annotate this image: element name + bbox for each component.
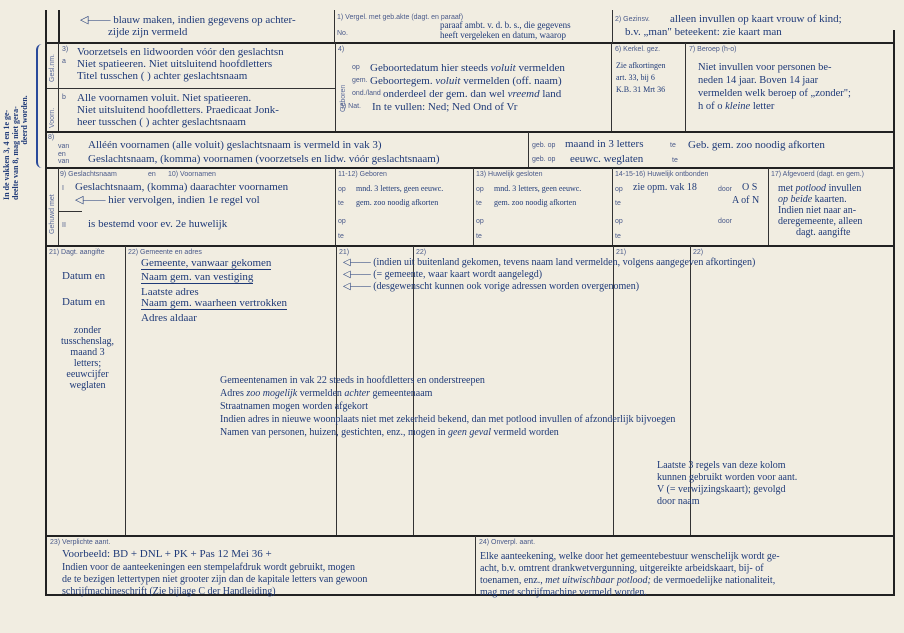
name-b-line2: Niet uitsluitend hoofdletters. Praedicaa…: [77, 104, 279, 116]
geb1112-l1: mnd. 3 letters, geen eeuwc.: [356, 183, 443, 194]
row8-te2: te: [672, 157, 678, 164]
kerk-line2: art. 33, bij 6: [616, 72, 655, 83]
label-gehuwd-met: Gehuwd met: [49, 194, 56, 234]
addr-line4: Naam gem. waarheen vertrokken: [141, 297, 287, 310]
t: kaarten.: [812, 194, 846, 205]
t: letters;: [50, 358, 125, 369]
huwgesl-op1: op: [476, 186, 484, 193]
huwontb-door1: door: [718, 186, 732, 193]
row8-geb-op2: geb. op: [532, 156, 555, 163]
divider: [335, 168, 336, 245]
t: eeuwcijfer: [50, 369, 125, 380]
blue-note: ◁—— blauw maken, indien gegevens op acht…: [80, 14, 296, 26]
verplicht-example: Voorbeeld: BD + DNL + PK + Pas 12 Mei 36…: [62, 548, 272, 560]
row8-geb-op1: geb. op: [532, 142, 555, 149]
divider: [612, 168, 613, 245]
t: voluit: [491, 62, 516, 74]
geb1112-te1: te: [338, 200, 344, 207]
verplicht-line2: de te bezigen lettertypen niet grooter z…: [62, 574, 367, 585]
kerk-line3: K.B. 31 Mrt 36: [616, 84, 665, 95]
huwgesl-op2: op: [476, 218, 484, 225]
t: zoo mogelijk: [246, 388, 297, 399]
note-line4: Indien adres in nieuwe woonplaats niet m…: [220, 414, 675, 425]
t: Geboortedatum hier steeds: [370, 62, 491, 74]
frame-right: [893, 30, 895, 595]
born-tag-nat: 5) Nat.: [340, 103, 361, 110]
married-label9: 9) Geslachtsnaam: [60, 171, 117, 178]
geb1112-label: 11-12) Geboren: [338, 171, 387, 178]
arrow-left-icon: ◁——: [80, 14, 110, 26]
t: met: [778, 183, 796, 194]
kerk-line1: Zie afkortingen: [616, 60, 666, 71]
t: door naam: [657, 496, 797, 508]
t: (desgewenscht kunnen ook vorige adressen…: [373, 281, 639, 292]
divider: [473, 168, 474, 245]
col22-a: 22): [416, 249, 426, 256]
beroep-line1: Niet invullen voor personen be-: [698, 62, 832, 74]
row8-line1: Alléén voornamen (alle voluit) geslachts…: [88, 139, 382, 151]
t: achter: [344, 388, 370, 399]
huwontb-op2: op: [615, 218, 623, 225]
married-i: I: [62, 185, 64, 192]
huwontb-door2: door: [718, 218, 732, 225]
verplicht-line3: schrijfmachineschrift (Zie bijlage C der…: [62, 586, 276, 597]
row8-van1: van: [58, 143, 69, 150]
huwgesl-te2: te: [476, 233, 482, 240]
t: voluit: [435, 75, 460, 87]
onverplicht-line3: toenamen, enz., met uitwischbaar potlood…: [480, 575, 775, 586]
t: tusschenslag,: [50, 336, 125, 347]
geb1112-op1: op: [338, 186, 346, 193]
t: (= gemeente, waar kaart wordt aangelegd): [373, 269, 542, 280]
t: Adres: [220, 388, 246, 399]
divider-row1: [45, 42, 895, 44]
box1-no: No.: [337, 30, 348, 37]
afgevoerd-l4: deregemeente, alleen: [778, 216, 862, 227]
t: op beide: [778, 194, 812, 205]
arrow-line3: ◁—— (desgewenscht kunnen ook vorige adre…: [343, 281, 639, 292]
divider: [475, 536, 476, 594]
divider: [611, 43, 612, 131]
afgevoerd-l3: Indien niet naar an-: [778, 205, 856, 216]
t: met uitwischbaar potlood;: [545, 575, 651, 586]
onverplicht-label: 24) Onverpl. aant.: [479, 539, 535, 546]
afgevoerd-l1: met potlood invullen: [778, 183, 861, 194]
divider: [58, 168, 59, 245]
name-b-line3: heer tusschen ( ) achter geslachtsnaam: [77, 116, 246, 128]
divider-row2: [45, 131, 895, 133]
t: Laatste 3 regels van deze kolom: [657, 460, 797, 472]
arrow-left-icon: ◁——: [343, 257, 371, 268]
label-a: a: [62, 58, 66, 65]
afgevoerd-label: 17) Afgevoerd (dagt. en gem.): [771, 171, 864, 178]
afgevoerd-l2: op beide kaarten.: [778, 194, 847, 205]
t: vermelden: [516, 62, 565, 74]
married-line3: is bestemd voor ev. 2e huwelijk: [88, 218, 227, 230]
t: de vermoedelijke nationaliteit,: [651, 575, 775, 586]
huwontb-te1: te: [615, 200, 621, 207]
beroep-line4: h of o kleine letter: [698, 101, 774, 113]
t: geen geval: [448, 427, 491, 438]
huwgesl-te1: te: [476, 200, 482, 207]
last-rules: Laatste 3 regels van deze kolom kunnen g…: [657, 460, 797, 508]
married-label10: 10) Voornamen: [168, 171, 216, 178]
name-a-line3: Titel tusschen ( ) achter geslachtsnaam: [77, 70, 247, 82]
divider: [528, 132, 529, 167]
addr-label21: 21) Dagt. aangifte: [49, 249, 105, 256]
born-line1: Geboortedatum hier steeds voluit vermeld…: [370, 62, 565, 74]
verplicht-line1: Indien voor de aanteekeningen een stempe…: [62, 562, 355, 573]
t: letter: [750, 101, 774, 112]
addr-label22: 22) Gemeente en adres: [128, 249, 202, 256]
onverplicht-line1: Elke aanteekening, welke door het gemeen…: [480, 551, 780, 562]
divider: [47, 88, 335, 89]
num-3: 3): [62, 46, 68, 53]
side-note-line: deelte van 8, mag niet gera-: [11, 40, 20, 200]
onverplicht-line2: acht, b.v. omtrent drankwetvergunning, u…: [480, 563, 764, 574]
row8-line2: Geslachtsnaam, (komma) voornamen (voorze…: [88, 153, 439, 165]
huwgesl-l2: gem. zoo noodig afkorten: [494, 197, 576, 208]
box1-text2: heeft vergeleken en datum, waarop: [440, 30, 566, 41]
note-line5: Namen van personen, huizen, gestichten, …: [220, 427, 559, 438]
row8-r2-mid: eeuwc. weglaten: [570, 153, 643, 165]
frame-left-inner: [58, 10, 60, 44]
t: h of o: [698, 101, 725, 112]
beroep-line3: vermelden welk beroep of „zonder";: [698, 88, 851, 100]
row8-en: en: [58, 151, 66, 158]
born-tag-gem: gem.: [352, 77, 368, 84]
note-line3: Straatnamen mogen worden afgekort: [220, 401, 368, 412]
row8-r1-mid: maand in 3 letters: [565, 138, 644, 150]
huwontb-aofn: A of N: [732, 195, 759, 206]
t: onderdeel der gem. dan wel: [383, 88, 508, 100]
note-line1: Gemeentenamen in vak 22 steeds in hoofdl…: [220, 375, 485, 386]
box2-label: 2) Gezinsv.: [615, 16, 650, 23]
num-4: 4): [338, 46, 344, 53]
t: potlood: [796, 183, 827, 194]
kerk-label: 6) Kerkel. gez.: [615, 46, 660, 53]
divider-row4: [45, 245, 895, 247]
name-a-line2: Niet spatieeren. Niet uitsluitend hoofdl…: [77, 58, 272, 70]
born-line3: onderdeel der gem. dan wel vreemd land: [383, 88, 561, 100]
row8-r1-right: Geb. gem. zoo noodig afkorten: [688, 139, 825, 151]
t: zonder: [50, 325, 125, 336]
addr-date2: Datum en: [62, 296, 105, 308]
t: gemeentenaam: [370, 388, 432, 399]
divider: [125, 246, 126, 535]
name-b-line1: Alle voornamen voluit. Niet spatieeren.: [77, 92, 251, 104]
t: vreemd: [508, 88, 540, 100]
arrow-left-icon: ◁——: [343, 269, 371, 280]
t: kunnen gebruikt worden voor aant.: [657, 472, 797, 484]
huwontb-os: O S: [742, 182, 757, 193]
beroep-line2: neden 14 jaar. Boven 14 jaar: [698, 75, 818, 87]
addr-line5: Adres aldaar: [141, 312, 197, 324]
married-line2: ◁—— hier vervolgen, indien 1e regel vol: [75, 194, 260, 206]
t: maand 3: [50, 347, 125, 358]
born-line4: In te vullen: Ned; Ned Ond of Vr: [372, 101, 517, 113]
huwontb-te2: te: [615, 233, 621, 240]
divider: [58, 211, 82, 212]
afgevoerd-l5: dagt. aangifte: [796, 227, 850, 238]
arrow-line1: ◁—— (indien uit buitenland gekomen, teve…: [343, 257, 755, 268]
divider: [58, 43, 59, 131]
blue-note-line2: zijde zijn vermeld: [108, 26, 187, 38]
divider: [685, 43, 686, 131]
label-gesl-nm: Gesl.nm.: [49, 54, 56, 82]
box2-text2: b.v. „man" beteekent: zie kaart man: [625, 26, 782, 38]
divider-row5: [45, 535, 895, 537]
arrow-left-icon: ◁——: [75, 194, 105, 206]
huwontb-op1: op: [615, 186, 623, 193]
num-8: 8): [48, 134, 54, 141]
side-note: In de vakken 3, 4 en 1e ge- deelte van 8…: [2, 40, 29, 200]
t: weglaten: [50, 380, 125, 391]
addr-line2: Naam gem. van vestiging: [141, 271, 253, 284]
frame-left: [45, 10, 47, 595]
divider: [334, 10, 335, 43]
t: vermelden (off. naam): [460, 75, 561, 87]
name-a-line1: Voorzetsels en lidwoorden vóór den gesla…: [77, 46, 284, 58]
col22-b: 22): [693, 249, 703, 256]
born-line2: Geboortegem. voluit vermelden (off. naam…: [370, 75, 562, 87]
t: land: [540, 88, 562, 100]
married-ii: II: [62, 222, 66, 229]
onverplicht-line4: mag met schrijfmachine vermeld worden.: [480, 587, 647, 598]
side-note-line: In de vakken 3, 4 en 1e ge-: [2, 40, 11, 200]
arrow-line2: ◁—— (= gemeente, waar kaart wordt aangel…: [343, 269, 542, 280]
blue-note-line1: blauw maken, indien gegevens op achter-: [113, 14, 295, 26]
t: hier vervolgen, indien 1e regel vol: [108, 194, 260, 206]
t: (indien uit buitenland gekomen, tevens n…: [373, 257, 755, 268]
label-voorn: Voorn.: [49, 108, 56, 128]
t: vermeld worden: [491, 427, 559, 438]
born-tag-land: ond./land: [352, 90, 381, 97]
t: toenamen, enz.,: [480, 575, 545, 586]
divider: [768, 168, 769, 245]
t: V (= verwijzingskaart); gevolgd: [657, 484, 797, 496]
addr-line1: Gemeente, vanwaar gekomen: [141, 257, 271, 270]
col21-b: 21): [616, 249, 626, 256]
huwgesl-label: 13) Huwelijk gesloten: [476, 171, 543, 178]
huwgesl-l1: mnd. 3 letters, geen eeuwc.: [494, 183, 581, 194]
geb1112-te2: te: [338, 233, 344, 240]
t: invullen: [826, 183, 861, 194]
geb1112-l2: gem. zoo noodig afkorten: [356, 197, 438, 208]
born-tag-op: op: [352, 64, 360, 71]
divider: [335, 43, 336, 131]
t: Geboortegem.: [370, 75, 435, 87]
t: kleine: [725, 101, 750, 112]
side-brace: [36, 44, 44, 168]
married-line1: Geslachtsnaam, (komma) daarachter voorna…: [75, 181, 288, 193]
divider: [612, 10, 613, 43]
addr-date1: Datum en: [62, 270, 105, 282]
note-line2: Adres zoo mogelijk vermelden achter geme…: [220, 388, 432, 399]
beroep-label: 7) Beroep (h-o): [689, 46, 736, 53]
geb1112-op2: op: [338, 218, 346, 225]
huwontb-l1: zie opm. vak 18: [633, 182, 697, 193]
addr-date-note: zonder tusschenslag, maand 3 letters; ee…: [50, 325, 125, 391]
t: vermelden: [297, 388, 344, 399]
row8-van2: van: [58, 158, 69, 165]
arrow-left-icon: ◁——: [343, 281, 371, 292]
huwontb-label: 14-15-16) Huwelijk ontbonden: [615, 171, 708, 178]
t: Namen van personen, huizen, gestichten, …: [220, 427, 448, 438]
row8-te1: te: [670, 142, 676, 149]
label-b: b: [62, 94, 66, 101]
box2-text1: alleen invullen op kaart vrouw of kind;: [670, 13, 842, 25]
verplicht-label: 23) Verplichte aant.: [50, 539, 110, 546]
side-note-line: deerd worden.: [20, 40, 29, 200]
col21-a: 21): [339, 249, 349, 256]
married-en: en: [148, 171, 156, 178]
